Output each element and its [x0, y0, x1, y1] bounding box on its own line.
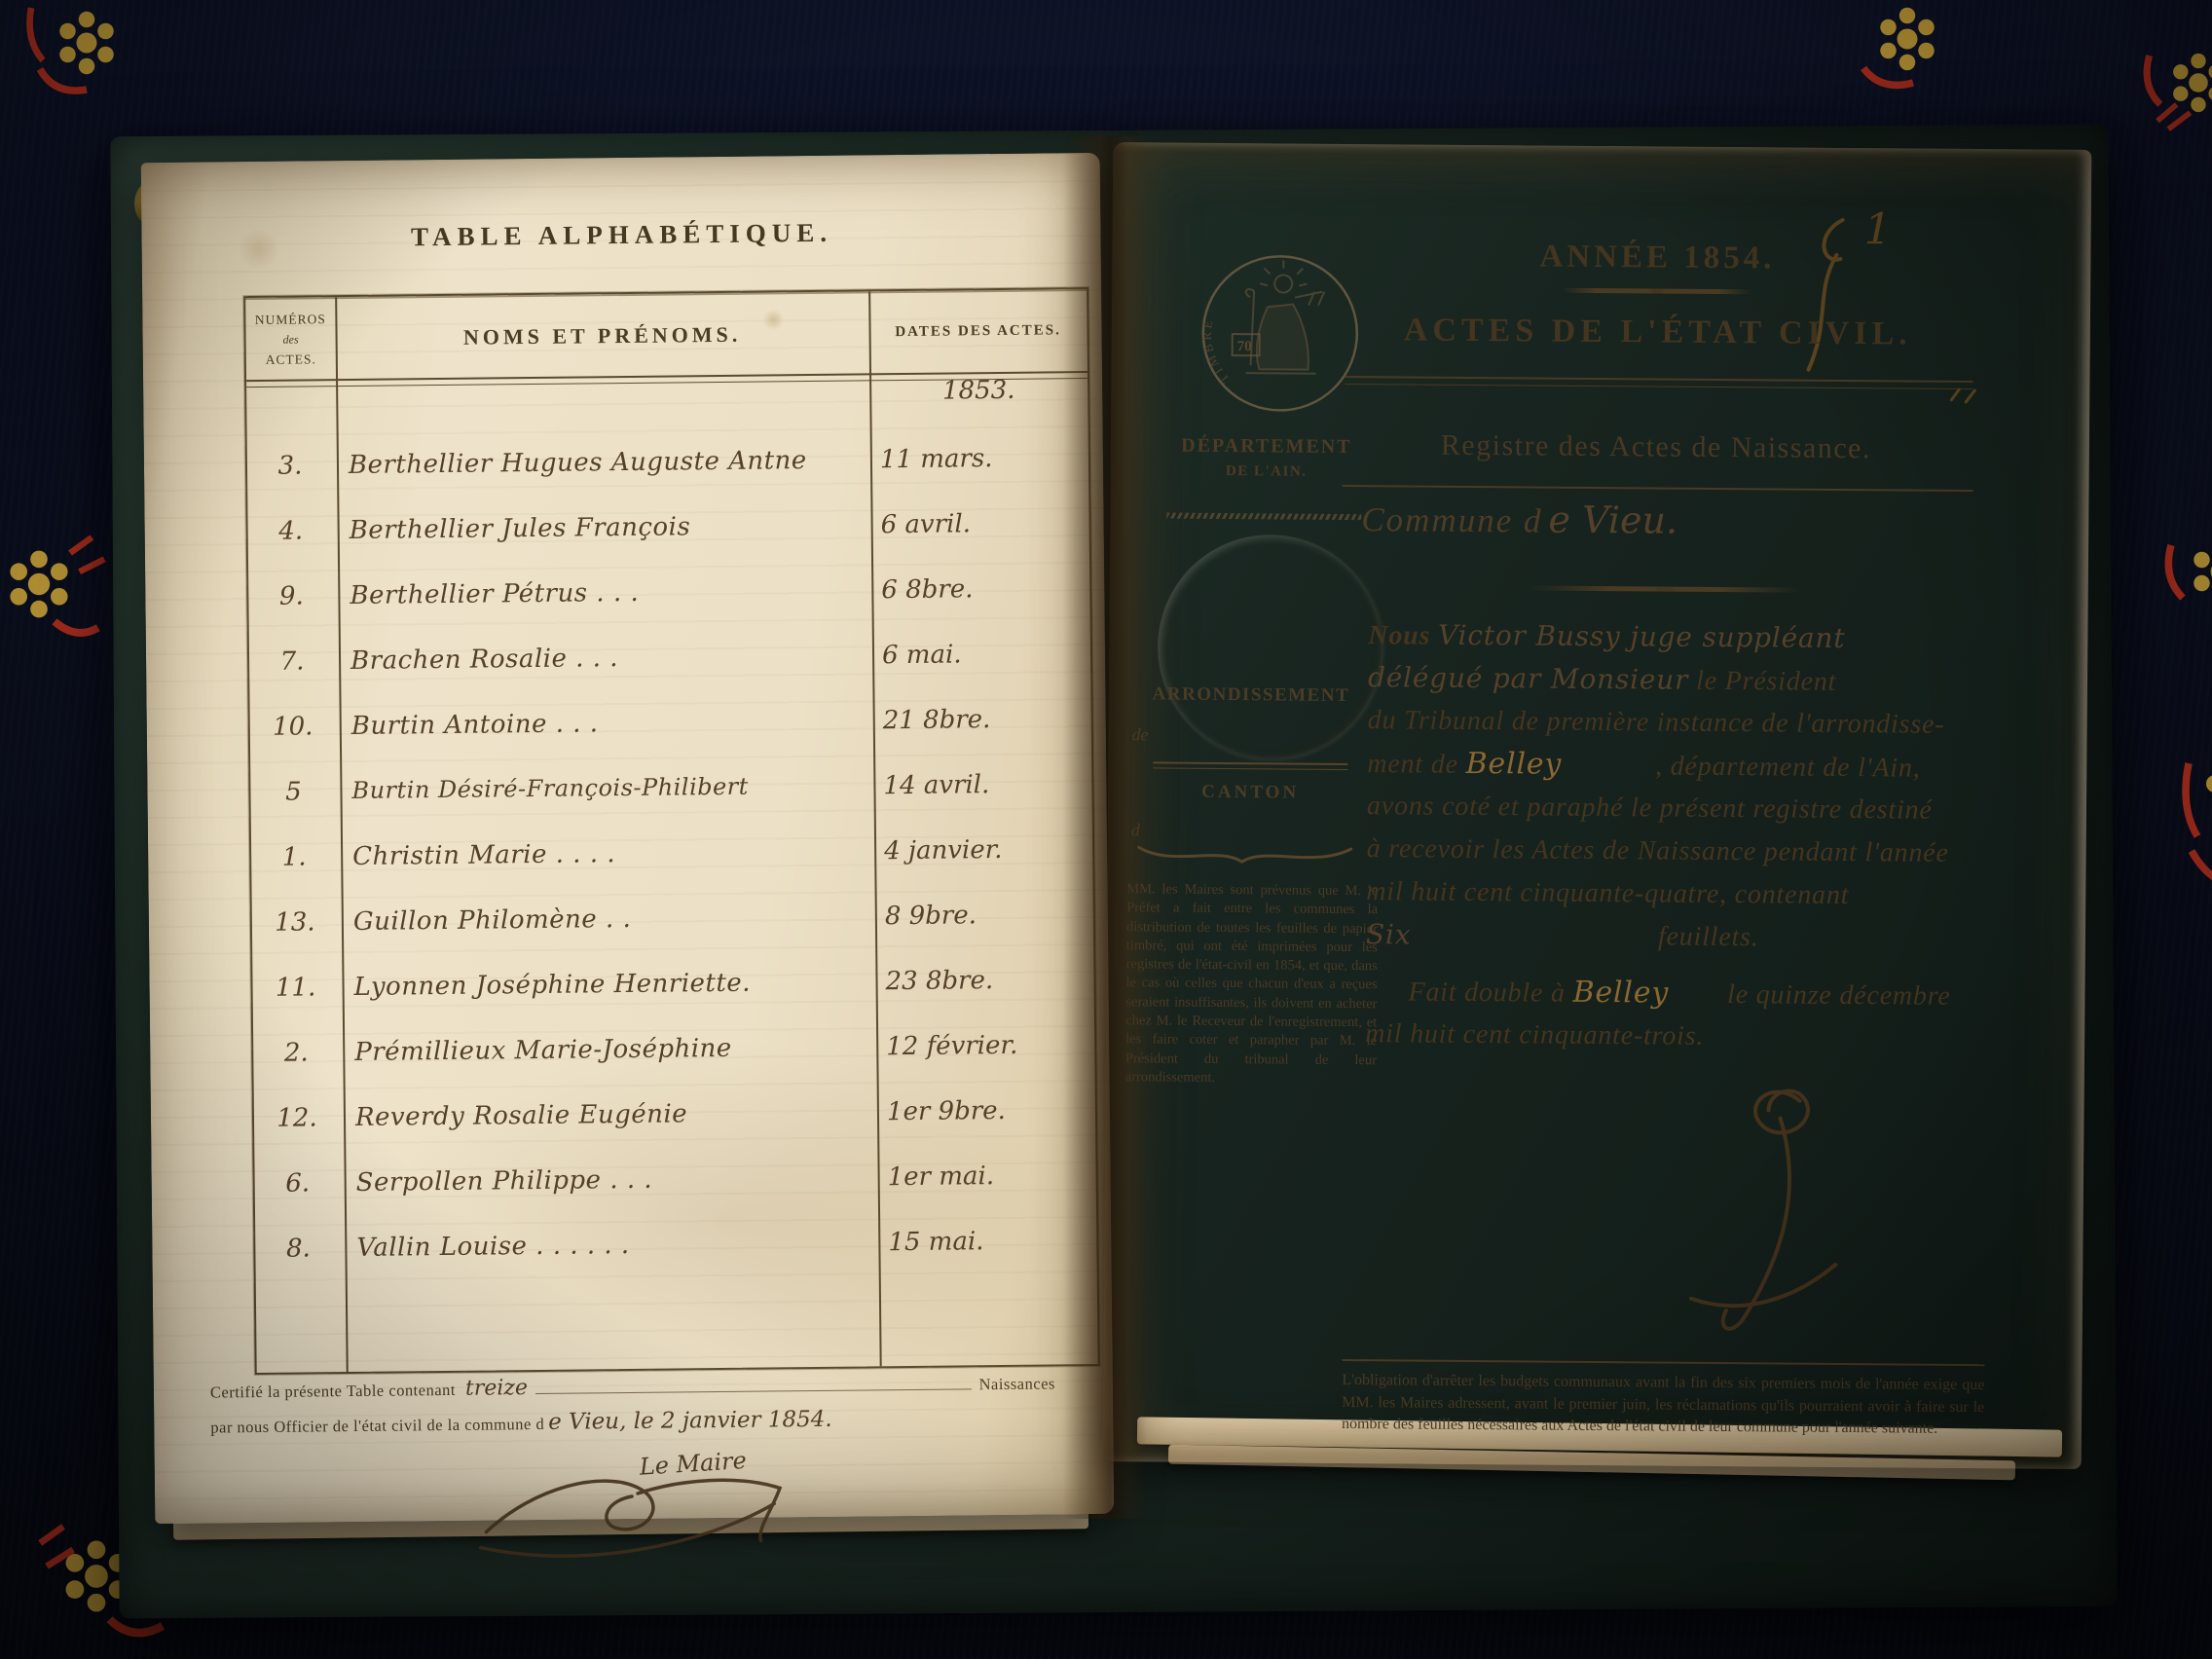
certification-place-date-handwritten: e Vieu, le 2 janvier 1854. [548, 1407, 832, 1435]
embroidered-flower [0, 506, 117, 662]
nous-label: Nous [1368, 620, 1430, 651]
certification-printed-text: Certifié la présente Table contenant [210, 1381, 456, 1403]
actes-title: ACTES DE L'ÉTAT CIVIL. [1404, 312, 1910, 352]
signature-flourish [1635, 1066, 1870, 1350]
right-page: 70 TIMBRE DÉPARTEMENT DE L'AIN. ARRONDIS… [1103, 142, 2092, 1469]
body-line: du Tribunal de première instance de l'ar… [1368, 699, 2055, 748]
commune-handwritten: e Vieu. [1548, 498, 1677, 542]
folio-number-handwritten: 1 [1863, 204, 1891, 254]
canton-brace [1132, 837, 1356, 872]
maires-notice-text: MM. les Maires sont prévenus que M. le P… [1125, 880, 1379, 1088]
body-line: avons coté et paraphé le présent registr… [1367, 785, 2054, 833]
left-page: TABLE ALPHABÉTIQUE. NUMÉROS des ACTES. N… [141, 153, 1115, 1524]
table-row: 13.Guillon Philomène . .8 9bre. [252, 900, 1094, 973]
table-row: 10.Burtin Antoine . . .21 8bre. [250, 704, 1092, 777]
timbre-value-text: 70 [1237, 339, 1252, 354]
belley-handwritten: Belley [1465, 747, 1562, 782]
page-title: TABLE ALPHABÉTIQUE. [305, 217, 938, 254]
column-header-dates: DATES DES ACTES. [868, 322, 1087, 341]
commune-printed-label: Commune d [1361, 500, 1542, 539]
table-row: 11.Lyonnen Joséphine Henriette.23 8bre. [252, 965, 1094, 1038]
arrondissement-label: ARRONDISSEMENT [1126, 683, 1376, 707]
certification-block: Certifié la présente Table contenant tre… [210, 1370, 1056, 1438]
wavy-rule [1166, 513, 1361, 521]
body-line: , département de l'Ain, [1655, 751, 1921, 783]
canton-label: CANTON [1125, 781, 1375, 804]
six-handwritten: Six [1366, 913, 1658, 958]
fait-date: le quinze décembre [1727, 979, 1951, 1012]
arrondissement-de: de [1131, 724, 1148, 745]
table-row: 2.Prémillieux Marie-Joséphine12 février. [253, 1030, 1095, 1103]
embroidered-flower [2130, 10, 2212, 156]
embroidered-flower [2148, 498, 2212, 645]
alphabetical-table: NUMÉROS des ACTES. NOMS ET PRÉNOMS. DATE… [243, 287, 1100, 1375]
registre-subtitle: Registre des Actes de Naissance. [1345, 428, 1968, 466]
photo-canvas: TABLE ALPHABÉTIQUE. NUMÉROS des ACTES. N… [0, 0, 2212, 1659]
table-row: 3.Berthellier Hugues Auguste Antne11 mar… [247, 443, 1089, 516]
table-row: 4.Berthellier Jules François6 avril. [248, 508, 1090, 581]
table-row: 1.Christin Marie . . . .4 janvier. [251, 834, 1093, 907]
timbre-stamp: 70 TIMBRE [1197, 250, 1363, 417]
table-row: 7.Brachen Rosalie . . .6 mai. [249, 639, 1091, 712]
column-header-noms: NOMS ET PRÉNOMS. [335, 320, 868, 351]
delegue-handwritten: délégué par Monsieur [1368, 661, 1688, 696]
table-row: 6.Serpollen Philippe . . .1er mai. [255, 1161, 1097, 1234]
double-rule [1345, 376, 1972, 389]
embroidered-flower [14, 0, 160, 113]
table-row: 12.Reverdy Rosalie Eugénie1er 9bre. [254, 1095, 1096, 1168]
bottom-note-text: L'obligation d'arrêter les budgets commu… [1342, 1359, 1985, 1441]
judge-name-handwritten: Victor Bussy juge suppléant [1438, 619, 1846, 654]
body-line: à recevoir les Actes de Naissance pendan… [1366, 828, 2053, 876]
fait-double-label: Fait double à [1408, 977, 1566, 1008]
commune-line: Commune de Vieu. [1361, 497, 1677, 542]
column-header-numeros: NUMÉROS des ACTES. [245, 309, 336, 370]
certification-count-handwritten: treize [465, 1376, 528, 1401]
president-printed: le Président [1696, 666, 1836, 697]
fill-in-rule [535, 1388, 972, 1394]
annee-title: ANNÉE 1854. [1501, 239, 1813, 277]
embroidered-flower [1834, 0, 1980, 109]
table-row: 8.Vallin Louise . . . . . .15 mai. [255, 1226, 1097, 1299]
body-line: mil huit cent cinquante-quatre, contenan… [1366, 870, 2053, 919]
decorative-rule [1562, 288, 1752, 295]
table-row: 9.Berthellier Pétrus . . .6 8bre. [248, 573, 1090, 646]
body-line: mil huit cent cinquante-trois. [1365, 1013, 2052, 1061]
ink-paraph [1781, 211, 1869, 378]
feuillets-label: feuillets. [1658, 915, 1759, 959]
signature-flourish [447, 1443, 818, 1573]
table-row: 5Burtin Désiré-François-Philibert14 avri… [250, 769, 1092, 842]
registre-declaration: Nous Victor Bussy juge suppléant délégué… [1365, 613, 2056, 1061]
year-label: 1853. [869, 375, 1088, 406]
certification-naissances-label: Naissances [978, 1374, 1055, 1394]
embossed-seal [1157, 534, 1382, 759]
embroidered-flower [2177, 744, 2212, 900]
certification-printed-text: par nous Officier de l'état civil de la … [210, 1415, 544, 1438]
single-rule [1343, 485, 1973, 492]
decorative-divider [1529, 585, 1801, 592]
belley-handwritten: Belley [1572, 976, 1669, 1011]
body-line: ment de [1367, 749, 1458, 780]
double-rule [1153, 761, 1347, 770]
